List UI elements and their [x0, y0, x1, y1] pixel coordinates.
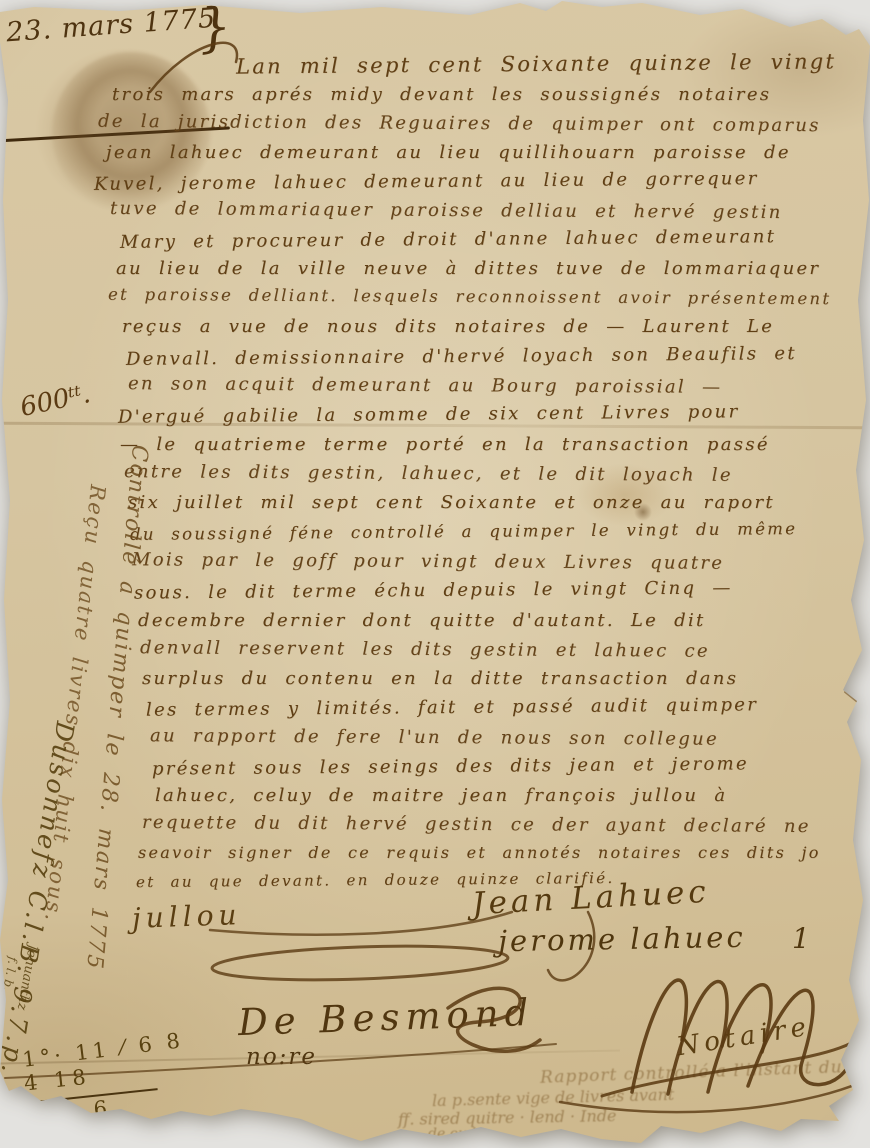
body-line: — le quatrieme terme porté en la transac…	[120, 434, 770, 455]
footer-faded-line: de oude ·	[428, 1126, 493, 1142]
tally-row: 1°· 11 ⁄ 6 8	[21, 1028, 185, 1072]
corner-date: 23. mars 1775	[5, 3, 217, 49]
signature-jullou: jullou	[131, 898, 242, 935]
paper-sheet: 23. mars 1775 } Lan mil sept cent Soixan…	[0, 0, 870, 1148]
signature-besmond: De Besmond	[237, 991, 535, 1044]
body-line: Mary et procureur de droit d'anne lahuec…	[120, 226, 776, 253]
corner-brace: }	[195, 0, 234, 60]
body-line: au lieu de la ville neuve à dittes tuve …	[116, 258, 820, 279]
tally-row: 6" 9 6	[13, 1096, 114, 1129]
body-line: et paroisse delliant. lesquels reconnois…	[108, 285, 831, 308]
paper-surface: 23. mars 1775 } Lan mil sept cent Soixan…	[0, 0, 870, 1148]
signature-besmond-title: no:re	[246, 1044, 317, 1070]
body-line: de la jurisdiction des Reguaires de quim…	[98, 111, 821, 136]
body-line: Mois par le goff pour vingt deux Livres …	[132, 549, 724, 574]
body-line: sous. le dit terme échu depuis le vingt …	[134, 577, 733, 603]
signature-jerome-lahuec: jerome lahuec	[498, 920, 746, 958]
body-line: Lan mil sept cent Soixante quinze le vin…	[236, 49, 836, 78]
body-line: reçus a vue de nous dits notaires de — L…	[122, 316, 774, 337]
body-line: requette du dit hervé gestin ce der ayan…	[142, 812, 811, 837]
body-line: entre les dits gestin, lahuec, et le dit…	[124, 461, 733, 486]
body-line: denvall reservent les dits gestin et lah…	[140, 637, 710, 661]
margin-amount: 600ᵗᵗ.	[18, 379, 93, 423]
margin-controller-signature: Dusonnefz C.l.B. 9.7.p.	[0, 719, 80, 1078]
notaire-label: Notaire	[674, 1012, 813, 1063]
body-line: decembre dernier dont quitte d'autant. L…	[138, 610, 706, 631]
body-line: surplus du contenu en la ditte transacti…	[142, 668, 738, 689]
body-line: seavoir signer de ce requis et annotés n…	[138, 843, 821, 862]
signature-jerome-mark: 1	[792, 922, 810, 955]
body-line: en son acquit demeurant au Bourg paroiss…	[128, 373, 722, 398]
body-line: les termes y limités. fait et passé audi…	[146, 694, 758, 720]
body-line: du soussigné féne controllé a quimper le…	[130, 519, 797, 544]
document-scan: 23. mars 1775 } Lan mil sept cent Soixan…	[0, 0, 870, 1148]
body-line: Denvall. demissionnaire d'hervé loyach s…	[126, 343, 797, 370]
body-line: au rapport de fere l'un de nous son coll…	[150, 725, 719, 749]
body-line: D'ergué gabilie la somme de six cent Liv…	[118, 401, 740, 427]
body-line: Kuvel, jerome lahuec demeurant au lieu d…	[94, 168, 759, 195]
body-line: lahuec, celuy de maitre jean françois ju…	[155, 785, 727, 806]
footer-faded-line: Rapport controllé a l'instant du d.t	[540, 1056, 870, 1088]
body-line: jean lahuec demeurant au lieu quillihoua…	[106, 142, 791, 163]
body-line: présent sous les seings des dits jean et…	[152, 753, 749, 779]
body-line: six juillet mil sept cent Soixante et on…	[128, 492, 775, 513]
body-line: trois mars aprés midy devant les soussig…	[112, 84, 771, 105]
body-line: tuve de lommariaquer paroisse delliau et…	[110, 198, 783, 223]
